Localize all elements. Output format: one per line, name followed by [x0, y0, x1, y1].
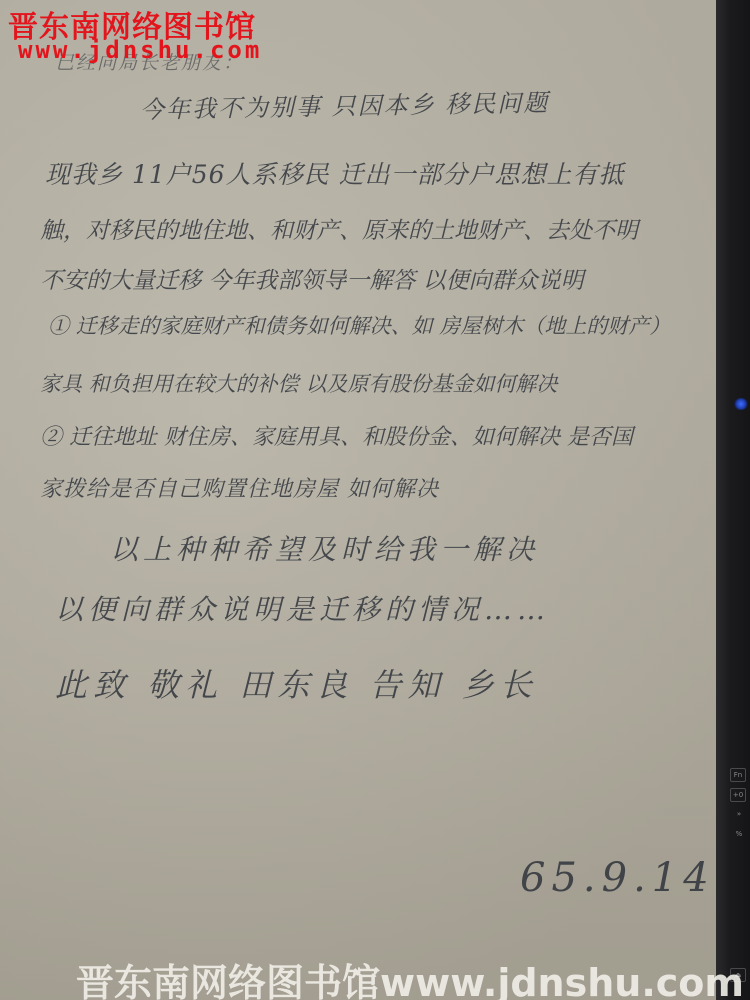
handwritten-line-11: 此致 敬礼 田东良 告知 乡长: [55, 660, 538, 706]
key-3: »: [732, 808, 746, 820]
handwritten-line-3: 触，对移民的地住地、和财产、原来的土地财产、去处不明: [40, 212, 638, 245]
handwritten-line-1: 今年我不为别事 只因本乡 移民问题: [140, 83, 550, 125]
handwritten-line-9: 以上种种希望及时给我一解决: [110, 528, 539, 568]
handwritten-line-10: 以便向群众说明是迁移的情况……: [55, 588, 550, 628]
watermark-bottom: 晋东南网络图书馆www.jdnshu.com: [76, 952, 744, 1000]
laptop-edge: Fn +0 » % ⏏: [716, 0, 750, 1000]
power-led-icon: [734, 398, 748, 410]
date-signature: 65.9.14: [520, 855, 715, 901]
watermark-url: www.jdnshu.com: [18, 36, 262, 64]
key-2: +0: [730, 788, 746, 802]
key-4: %: [732, 828, 746, 840]
handwritten-line-4: 不安的大量迁移 今年我部领导一解答 以便向群众说明: [40, 262, 584, 295]
fn-key: Fn: [730, 768, 746, 782]
handwritten-line-5: ① 迁移走的家庭财产和债务如何解决、如 房屋树木（地上的财产）: [48, 310, 670, 340]
handwritten-line-8: 家拨给是否自己购置住地房屋 如何解决: [40, 472, 439, 503]
handwritten-line-7: ② 迁往地址 财住房、家庭用具、和股份金、如何解决 是否国: [40, 420, 633, 451]
handwritten-line-6: 家具 和负担用在较大的补偿 以及原有股份基金如何解决: [40, 368, 557, 398]
handwritten-line-2: 现我乡 11户56人系移民 迁出一部分户思想上有抵: [45, 155, 625, 191]
